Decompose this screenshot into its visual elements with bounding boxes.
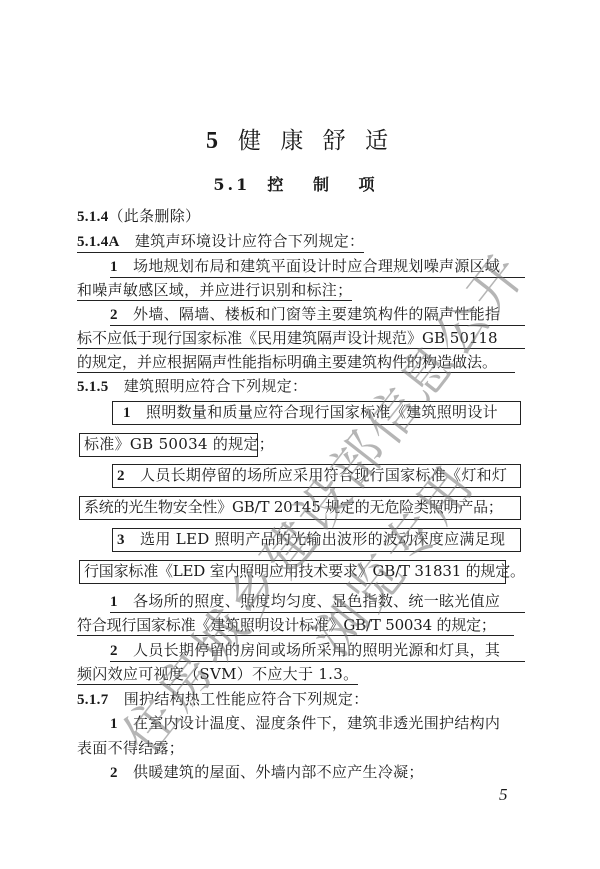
item-number: 1: [110, 259, 118, 275]
clause-number: 5.1.4A: [77, 234, 120, 250]
section-title: 5.1 控 制 项: [0, 172, 600, 195]
clause-text: 围护结构热工性能应符合下列规定：: [124, 690, 369, 708]
clause-5-1-7-item-2: 2 供暖建筑的屋面、外墙内部不应产生冷凝；: [110, 762, 424, 783]
item-text: 标不应低于现行国家标准《民用建筑隔声设计规范》GB 50118: [77, 329, 498, 347]
item-text: 频闪效应可视度（SVM）不应大于 1.3。: [77, 665, 358, 683]
item-text: 人员长期停留的房间或场所采用的照明光源和灯具，其: [133, 641, 500, 659]
item-number: 2: [110, 643, 118, 659]
item-text: 标准》GB 50034 的规定；: [84, 435, 274, 453]
chapter-title: 5健 康 舒 适: [0, 122, 600, 155]
deleted-item-3-line2: 行国家标准《LED 室内照明应用技术要求》GB/T 31831 的规定。: [79, 560, 506, 584]
clause-5-1-5-item-1-cont: 符合现行国家标准《建筑照明设计标准》GB/T 50034 的规定；: [77, 615, 514, 636]
item-text: 各场所的照度、照度均匀度、显色指数、统一眩光值应: [133, 592, 500, 610]
item-text: 在室内设计温度、湿度条件下，建筑非透光围护结构内: [133, 714, 500, 732]
item-text: 符合现行国家标准《建筑照明设计标准》GB/T 50034 的规定；: [77, 616, 496, 634]
clause-5-1-4a-item-2-cont2: 的规定，并应根据隔声性能指标明确主要建筑构件的构造做法。: [77, 352, 515, 373]
item-text: 供暖建筑的屋面、外墙内部不应产生冷凝；: [133, 763, 424, 781]
clause-5-1-4: 5.1.4（此条删除）: [77, 206, 200, 227]
clause-number: 5.1.7: [77, 692, 109, 708]
clause-5-1-7-item-1: 1 在室内设计温度、湿度条件下，建筑非透光围护结构内: [110, 713, 500, 734]
item-text: 行国家标准《LED 室内照明应用技术要求》GB/T 31831 的规定。: [84, 562, 525, 580]
clause-5-1-7-item-1-cont: 表面不得结露；: [77, 738, 184, 758]
deleted-item-2-line1: 2 人员长期停留的场所应采用符合现行国家标准《灯和灯: [112, 464, 521, 488]
clause-5-1-4a-item-2: 2 外墙、隔墙、楼板和门窗等主要建筑构件的隔声性能指: [110, 304, 525, 326]
item-text: 的规定，并应根据隔声性能指标明确主要建筑构件的构造做法。: [77, 353, 497, 371]
clause-5-1-5-item-2-cont: 频闪效应可视度（SVM）不应大于 1.3。: [77, 664, 358, 685]
section-number: 5.1: [213, 175, 250, 194]
clause-5-1-7: 5.1.7 围护结构热工性能应符合下列规定：: [77, 689, 369, 710]
chapter-name: 健 康 舒 适: [238, 128, 394, 154]
item-text: 选用 LED 照明产品的光输出波形的波动深度应满足现: [140, 530, 505, 548]
item-number: 2: [110, 307, 118, 323]
item-text: 和噪声敏感区域，并应进行识别和标注；: [77, 281, 352, 299]
item-text: 场地规划布局和建筑平面设计时应合理规划噪声源区域: [133, 257, 500, 275]
clause-number: 5.1.4: [77, 209, 109, 225]
item-number: 1: [110, 716, 118, 732]
item-number: 3: [117, 532, 125, 548]
clause-text: （此条删除）: [109, 207, 201, 225]
clause-text: 建筑声环境设计应符合下列规定：: [135, 232, 365, 250]
item-number: 2: [117, 468, 125, 484]
deleted-item-2-line2: 系统的光生物安全性》GB/T 20145 规定的无危险类照明产品；: [79, 496, 521, 520]
clause-5-1-4a-item-1: 1 场地规划布局和建筑平面设计时应合理规划噪声源区域: [110, 256, 525, 278]
document-page: 5健 康 舒 适 5.1 控 制 项 5.1.4（此条删除） 5.1.4A 建筑…: [0, 0, 600, 869]
item-text: 外墙、隔墙、楼板和门窗等主要建筑构件的隔声性能指: [133, 305, 500, 323]
item-text: 人员长期停留的场所应采用符合现行国家标准《灯和灯: [140, 466, 507, 484]
clause-5-1-5-item-2: 2 人员长期停留的房间或场所采用的照明光源和灯具，其: [110, 640, 525, 662]
clause-5-1-4a-item-1-cont: 和噪声敏感区域，并应进行识别和标注；: [77, 280, 352, 301]
deleted-item-1-line1: 1 照明数量和质量应符合现行国家标准《建筑照明设计: [112, 401, 521, 425]
item-number: 1: [123, 405, 131, 421]
item-text: 照明数量和质量应符合现行国家标准《建筑照明设计: [146, 403, 498, 421]
item-number: 1: [110, 594, 118, 610]
chapter-number: 5: [206, 128, 224, 154]
item-number: 2: [110, 765, 118, 781]
page-number: 5: [499, 785, 508, 805]
clause-5-1-5-item-1: 1 各场所的照度、照度均匀度、显色指数、统一眩光值应: [110, 591, 525, 613]
deleted-item-1-line2: 标准》GB 50034 的规定；: [79, 433, 258, 457]
clause-text: 建筑照明应符合下列规定：: [124, 377, 308, 395]
item-text: 系统的光生物安全性》GB/T 20145 规定的无危险类照明产品；: [84, 498, 503, 516]
clause-5-1-4a-item-2-cont1: 标不应低于现行国家标准《民用建筑隔声设计规范》GB 50118: [77, 328, 525, 349]
clause-number: 5.1.5: [77, 379, 109, 395]
clause-5-1-5: 5.1.5 建筑照明应符合下列规定：: [77, 376, 307, 397]
clause-5-1-4a: 5.1.4A 建筑声环境设计应符合下列规定：: [77, 231, 364, 253]
item-text: 表面不得结露；: [77, 739, 184, 757]
deleted-item-3-line1: 3 选用 LED 照明产品的光输出波形的波动深度应满足现: [112, 528, 521, 552]
section-name: 控 制 项: [267, 175, 386, 194]
